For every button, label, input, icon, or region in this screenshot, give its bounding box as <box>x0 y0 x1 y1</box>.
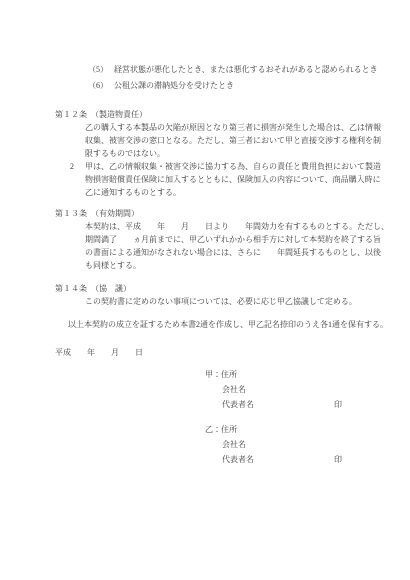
article-12-paragraph-2: 2 甲は、乙の情報収集・被害交渉に協力する為、自らの責任と費用負担において製造 … <box>55 160 370 199</box>
party-a-address-label: 甲：住所 <box>205 367 370 382</box>
article-13-validity-period: 第１３条 （有効期間） 本契約は、平成 年 月 日より 年間効力を有するものとす… <box>55 207 370 272</box>
party-b-address-label: 乙：住所 <box>205 422 370 437</box>
closing-statement: 以上本契約の成立を証するため本書2通を作成し、甲乙記名捺印のうえ各1通を保有する… <box>68 318 370 331</box>
clause-number: （5） <box>88 65 108 74</box>
paragraph-line: 乙の購入する本製品の欠陥が原因となり第三者に損害が発生した場合は、乙は情報 <box>85 121 370 134</box>
clause-item-5: （5） 経営状態が悪化したとき、または悪化するおそれがあると認められるとき <box>88 62 370 78</box>
article-12-heading: 第１２条 （製造物責任） <box>55 108 370 121</box>
article-12-product-liability: 第１２条 （製造物責任） 乙の購入する本製品の欠陥が原因となり第三者に損害が発生… <box>55 108 370 199</box>
contract-document-page: （5） 経営状態が悪化したとき、または悪化するおそれがあると認められるとき （6… <box>0 0 410 580</box>
article-14-heading: 第１４条 （協 議） <box>55 282 370 295</box>
party-a-representative-row: 代表者名 印 <box>222 397 370 412</box>
paragraph-line: 乙に通知するものとする。 <box>85 186 381 199</box>
paragraph-line: 物損害賠償責任保険に加入するとともに、保険加入の内容について、商品購入時に <box>85 173 381 186</box>
paragraph-line: この契約書に定めのない事項については、必要に応じ甲乙協議して定める。 <box>85 295 370 308</box>
paragraph-line: 甲は、乙の情報収集・被害交渉に協力する為、自らの責任と費用負担において製造 <box>85 160 381 173</box>
article-14-body: この契約書に定めのない事項については、必要に応じ甲乙協議して定める。 <box>85 295 370 308</box>
party-a-company-label: 会社名 <box>222 382 370 397</box>
paragraph-line: 本契約は、平成 年 月 日より 年間効力を有するものとする。ただし、 <box>85 220 370 233</box>
paragraph-number: 2 <box>70 160 85 199</box>
party-b-representative-row: 代表者名 印 <box>222 452 370 467</box>
paragraph-body: 甲は、乙の情報収集・被害交渉に協力する為、自らの責任と費用負担において製造 物損… <box>85 160 381 199</box>
clause-number: （6） <box>88 81 108 90</box>
party-a-seal-label: 印 <box>334 397 342 412</box>
signature-block-party-a: 甲：住所 会社名 代表者名 印 <box>205 367 370 412</box>
signature-block-party-b: 乙：住所 会社名 代表者名 印 <box>205 422 370 467</box>
date-line: 平成 年 月 日 <box>55 346 370 359</box>
paragraph-line: 限するものではない。 <box>85 147 370 160</box>
article-12-paragraph-1: 乙の購入する本製品の欠陥が原因となり第三者に損害が発生した場合は、乙は情報 収集… <box>85 121 370 160</box>
article-13-body: 本契約は、平成 年 月 日より 年間効力を有するものとする。ただし、 期間満了 … <box>85 220 370 272</box>
termination-clause-list: （5） 経営状態が悪化したとき、または悪化するおそれがあると認められるとき （6… <box>55 62 370 94</box>
paragraph-line: 収集、被害交渉の窓口となる。ただし、第三者において甲と直接交渉する権利を制 <box>85 134 370 147</box>
party-a-representative-label: 代表者名 <box>222 400 254 409</box>
paragraph-line: も同様とする。 <box>85 259 370 272</box>
clause-text: 経営状態が悪化したとき、または悪化するおそれがあると認められるとき <box>114 65 378 74</box>
article-14-consultation: 第１４条 （協 議） この契約書に定めのない事項については、必要に応じ甲乙協議し… <box>55 282 370 308</box>
paragraph-line: 期間満了 ヵ月前までに、甲乙いずれかから相手方に対して本契約を終了する旨 <box>85 233 370 246</box>
party-b-representative-label: 代表者名 <box>222 455 254 464</box>
party-b-seal-label: 印 <box>334 452 342 467</box>
party-b-company-label: 会社名 <box>222 437 370 452</box>
article-13-heading: 第１３条 （有効期間） <box>55 207 370 220</box>
clause-item-6: （6） 公租公課の滞納処分を受けたとき <box>88 78 370 94</box>
clause-text: 公租公課の滞納処分を受けたとき <box>114 81 234 90</box>
paragraph-line: の書面による通知がなされない場合には、さらに 年間延長するものとし、以後 <box>85 246 370 259</box>
